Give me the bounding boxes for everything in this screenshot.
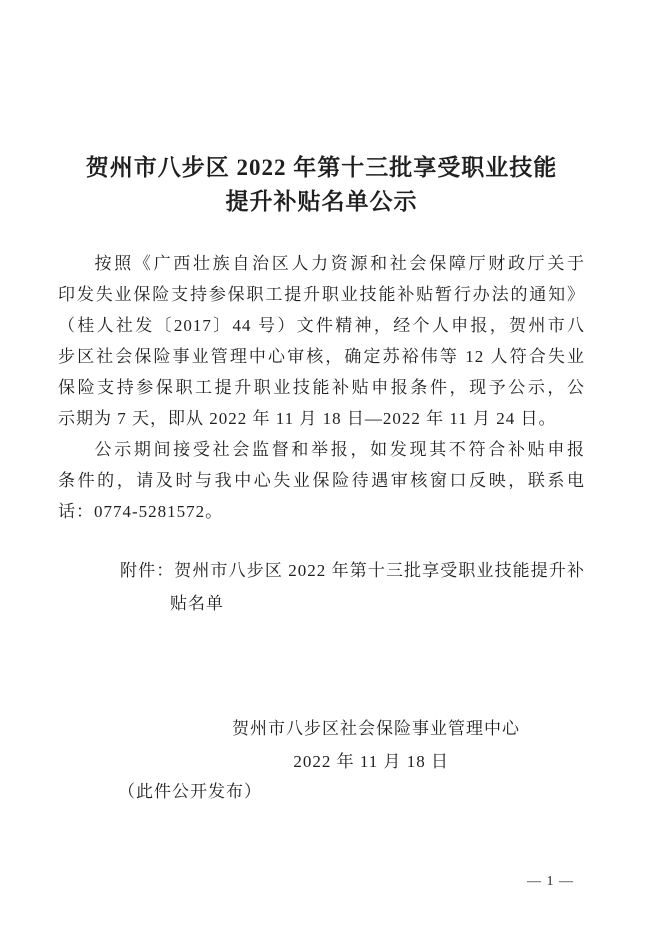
document-body: 按照《广西壮族自治区人力资源和社会保障厅财政厅关于印发失业保险支持参保职工提升职… [58,248,585,527]
body-paragraph-1: 按照《广西壮族自治区人力资源和社会保障厅财政厅关于印发失业保险支持参保职工提升职… [58,248,585,434]
signature-date: 2022 年 11 月 18 日 [58,745,585,778]
release-note: （此件公开发布） [118,776,262,808]
document-title: 贺州市八步区 2022 年第十三批享受职业技能提升补贴名单公示 [58,151,585,219]
attachment-note: 附件：贺州市八步区 2022 年第十三批享受职业技能提升补贴名单 [58,554,585,620]
page-number: — 1 — [527,874,574,890]
signature-agency: 贺州市八步区社会保险事业管理中心 [58,712,585,745]
signature-block: 贺州市八步区社会保险事业管理中心 2022 年 11 月 18 日 [58,712,585,778]
body-paragraph-2: 公示期间接受社会监督和举报，如发现其不符合补贴申报条件的，请及时与我中心失业保险… [58,434,585,527]
document-page: 贺州市八步区 2022 年第十三批享受职业技能提升补贴名单公示 按照《广西壮族自… [0,0,659,933]
